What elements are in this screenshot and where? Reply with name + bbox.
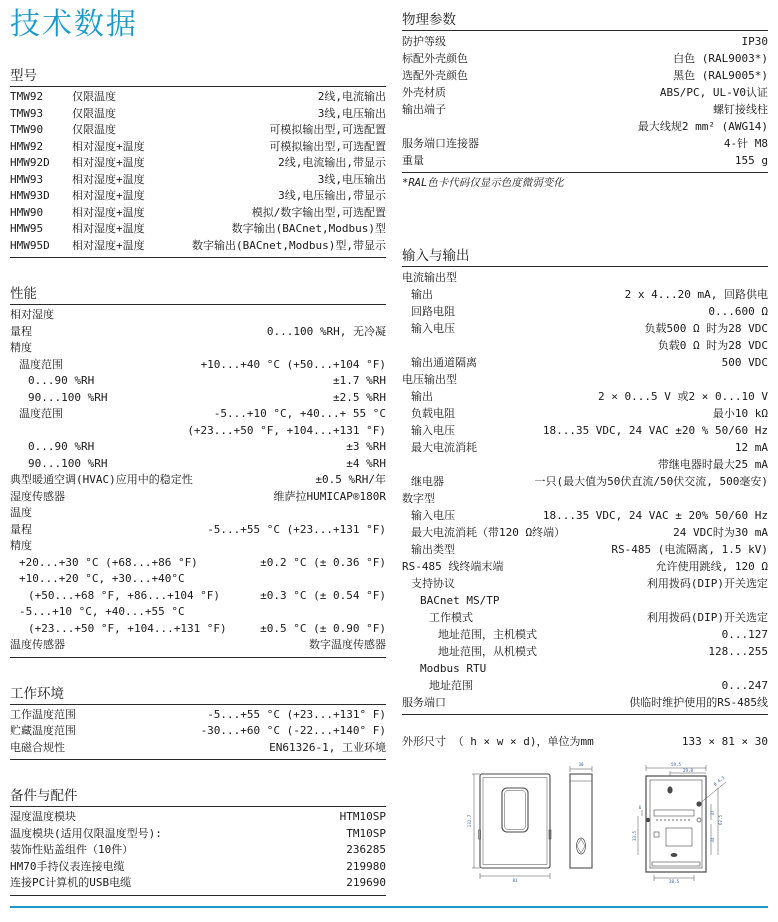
spec-row: 电流输出型	[402, 269, 768, 286]
model-description: 仅限温度	[72, 89, 190, 106]
spec-value: 4-针 M8	[479, 135, 768, 152]
spec-value: 黑色 (RAL9005*)	[468, 67, 768, 84]
spec-value: HTM10SP	[76, 809, 386, 826]
back-right-mid-dim: 37	[710, 810, 715, 816]
spec-label: 温度模块(适用仅限温度型号):	[10, 826, 162, 843]
spec-row: (+50...+68 °F, +86...+104 °F) ±0.3 °C (±…	[10, 588, 386, 605]
spec-row: 量程 -5...+55 °C (+23...+131 °F)	[10, 522, 386, 539]
spec-value: 500 VDC	[477, 354, 768, 371]
front-view-drawing	[479, 774, 552, 868]
spec-label: 地址范围，主机模式	[402, 626, 537, 643]
model-output-type: 模拟/数字输出型,可选配置	[190, 205, 386, 222]
spec-label: 湿度传感器	[10, 489, 65, 506]
spec-row: (+23...+50 °F, +104...+131 °F) ±0.5 °C (…	[10, 621, 386, 638]
spec-label: 负载电阻	[402, 405, 455, 422]
spec-label: 重量	[402, 152, 424, 169]
spec-value: 2 × 0...5 V 或2 × 0...10 V	[433, 388, 768, 405]
spec-value: ±3 %RH	[94, 439, 386, 456]
spec-row: 精度	[10, 340, 386, 357]
model-row: HMW90 相对湿度+温度 模拟/数字输出型,可选配置	[10, 205, 386, 222]
spec-label: 0...90 %RH	[10, 439, 94, 456]
spec-value: ±2.5 %RH	[107, 390, 386, 407]
performance-table: 相对湿度 量程 0...100 %RH, 无冷凝 精度	[10, 305, 386, 658]
spec-row: 继电器 一只(最大值为50伏直流/50伏交流, 500毫安)	[402, 473, 768, 490]
spec-value: 带继电器时最大25 mA	[402, 456, 768, 473]
back-right-outer-dim: 62.5	[718, 814, 723, 825]
spec-label: (+23...+50 °F, +104...+131 °F)	[10, 621, 227, 638]
datasheet-page: 技术数据 型号 TMW92 仅限温度 2线,电流输出 TMW93 仅限	[0, 0, 778, 922]
spec-value: 一只(最大值为50伏直流/50伏交流, 500毫安)	[444, 473, 768, 490]
spec-label: 温度传感器	[10, 637, 65, 654]
spec-value: 128...255	[537, 643, 768, 660]
model-description: 仅限温度	[72, 106, 190, 123]
spec-label: 典型暖通空调(HVAC)应用中的稳定性	[10, 472, 193, 489]
spec-row: 输出 2 × 0...5 V 或2 × 0...10 V	[402, 388, 768, 405]
spec-label: 温度范围	[10, 357, 63, 374]
spec-label: 贮藏温度范围	[10, 723, 76, 740]
model-description: 相对湿度+温度	[72, 155, 190, 172]
models-table: TMW92 仅限温度 2线,电流输出 TMW93 仅限温度 3线,电压输出 TM…	[10, 87, 386, 258]
spec-row: 输入电压 18...35 VDC, 24 VAC ± 20% 50/60 Hz	[402, 507, 768, 524]
spec-value: 18...35 VDC, 24 VAC ± 20% 50/60 Hz	[455, 507, 768, 524]
front-width-dim: 81	[512, 878, 518, 883]
spec-label: 输出类型	[402, 541, 455, 558]
section-environment: 工作环境 工作温度范围 -5...+55 °C (+23...+131° F) …	[10, 686, 386, 761]
spec-row: 输出类型 RS-485 (电流隔离, 1.5 kV)	[402, 541, 768, 558]
spec-label: +20...+30 °C (+68...+86 °F)	[10, 555, 198, 572]
back-top-dim: 59.5	[671, 762, 682, 767]
spec-label: 量程	[10, 324, 32, 341]
spec-value: 利用拨码(DIP)开关选定	[473, 609, 768, 626]
spec-row: +20...+30 °C (+68...+86 °F) ±0.2 °C (± 0…	[10, 555, 386, 572]
model-description: 相对湿度+温度	[72, 221, 190, 238]
front-height-dim: 132.7	[467, 814, 472, 827]
spec-row: 贮藏温度范围 -30...+60 °C (-22...+140° F)	[10, 723, 386, 740]
spec-label: -5...+10 °C, +40...+55 °C	[10, 604, 185, 621]
model-row: HMW92 相对湿度+温度 可模拟输出型,可选配置	[10, 139, 386, 156]
spec-value: -5...+10 °C, +40...+ 55 °C	[63, 406, 386, 423]
spec-value: 155 g	[424, 152, 768, 169]
spec-value: -30...+60 °C (-22...+140° F)	[76, 723, 386, 740]
back-top-inner-dim: 29.8	[683, 768, 694, 773]
spec-value: 18...35 VDC, 24 VAC ±20 % 50/60 Hz	[455, 422, 768, 439]
model-code: HMW95	[10, 221, 72, 238]
spec-label: 精度	[10, 538, 32, 555]
spec-value: ABS/PC, UL-V0认证	[446, 84, 768, 101]
spec-row: 工作模式 利用拨码(DIP)开关选定	[402, 609, 768, 626]
spec-label: 地址范围，从机模式	[402, 643, 537, 660]
spec-label: 电磁合规性	[10, 740, 65, 757]
spec-value	[435, 490, 768, 507]
back-left-dim: 33.5	[632, 830, 637, 841]
model-code: HMW93D	[10, 188, 72, 205]
back-hole-dim: Ø 4.3	[713, 775, 726, 787]
spec-value	[486, 660, 768, 677]
spec-label: 输出端子	[402, 101, 446, 118]
spec-row: 量程 0...100 %RH, 无冷凝	[10, 324, 386, 341]
back-view-drawing	[646, 776, 706, 872]
spec-row: 输入电压 负载500 Ω 时为28 VDC	[402, 320, 768, 337]
spec-value: 0...100 %RH, 无冷凝	[32, 324, 386, 341]
spec-value: ±0.5 %RH/年	[193, 472, 386, 489]
spec-value: TM10SP	[162, 826, 386, 843]
spec-row: 服务端口连接器 4-针 M8	[402, 135, 768, 152]
spec-value	[457, 269, 768, 286]
footer-accent-rule	[10, 906, 768, 908]
spec-label: 温度	[10, 505, 32, 522]
spec-row: 负载电阻 最小10 kΩ	[402, 405, 768, 422]
spec-row: (+23...+50 °F, +104...+131 °F)	[10, 423, 386, 440]
spec-row: HM70手持仪表连接电缆 219980	[10, 859, 386, 876]
spec-label: 服务端口连接器	[402, 135, 479, 152]
section-io-title: 输入与输出	[402, 248, 768, 267]
spec-value	[185, 571, 386, 588]
spec-value: ±4 %RH	[107, 456, 386, 473]
spec-row: 电压输出型	[402, 371, 768, 388]
model-row: TMW90 仅限温度 可模拟输出型,可选配置	[10, 122, 386, 139]
spec-label: 数字型	[402, 490, 435, 507]
back-bottom-dim: 38.5	[669, 879, 680, 884]
spec-label: +10...+20 °C, +30...+40°C	[10, 571, 185, 588]
spec-label: 90...100 %RH	[10, 390, 107, 407]
spec-row: 负载0 Ω 时为28 VDC	[402, 337, 768, 354]
spec-row: Modbus RTU	[402, 660, 768, 677]
spec-value: 2 x 4...20 mA, 回路供电	[433, 286, 768, 303]
spec-label: 防护等级	[402, 33, 446, 50]
spec-row: 服务端口 供临时维护使用的RS-485线	[402, 694, 768, 711]
model-code: HMW90	[10, 205, 72, 222]
spec-value: 利用拨码(DIP)开关选定	[455, 575, 768, 592]
page-title: 技术数据	[10, 6, 386, 44]
spec-row: 典型暖通空调(HVAC)应用中的稳定性 ±0.5 %RH/年	[10, 472, 386, 489]
spec-row: BACnet MS/TP	[402, 592, 768, 609]
model-output-type: 可模拟输出型,可选配置	[190, 122, 386, 139]
section-physical: 物理参数 防护等级 IP30 标配外壳颜色 白色 (RAL9003*)	[402, 12, 768, 192]
spec-value	[32, 538, 386, 555]
model-output-type: 可模拟输出型,可选配置	[190, 139, 386, 156]
spec-label: 输入电压	[402, 320, 455, 337]
model-output-type: 2线,电流输出,带显示	[190, 155, 386, 172]
spec-label: 装饰性贴盖组件（10件）	[10, 842, 133, 859]
spec-value: 维萨拉HUMICAP®180R	[65, 489, 386, 506]
two-column-layout: 技术数据 型号 TMW92 仅限温度 2线,电流输出 TMW93 仅限	[0, 0, 778, 922]
model-code: TMW90	[10, 122, 72, 139]
section-performance: 性能 相对湿度 量程 0...100 %RH, 无冷凝	[10, 286, 386, 658]
spec-label: 相对湿度	[10, 307, 54, 324]
physical-table: 防护等级 IP30 标配外壳颜色 白色 (RAL9003*) 选配外壳颜色 黑色…	[402, 31, 768, 173]
spec-label: 最大电流消耗	[402, 439, 477, 456]
spec-label: 地址范围	[402, 677, 473, 694]
model-code: TMW93	[10, 106, 72, 123]
model-output-type: 数字输出(BACnet,Modbus)型	[190, 221, 386, 238]
ral-footnote: *RAL色卡代码仅显示色度微弱变化	[402, 173, 768, 192]
spec-label: 继电器	[402, 473, 444, 490]
model-output-type: 2线,电流输出	[190, 89, 386, 106]
section-performance-title: 性能	[10, 286, 386, 305]
spec-row: 选配外壳颜色 黑色 (RAL9005*)	[402, 67, 768, 84]
spec-label: 工作模式	[402, 609, 473, 626]
spec-row: 湿度温度模块 HTM10SP	[10, 809, 386, 826]
spec-row: 最大线规2 mm² (AWG14)	[402, 118, 768, 135]
dimensions-value: 133 × 81 × 30	[682, 733, 768, 750]
spec-value: 236285	[133, 842, 386, 859]
spec-label: 0...90 %RH	[10, 373, 94, 390]
spec-label: 输出	[402, 388, 433, 405]
spec-label: 温度范围	[10, 406, 63, 423]
spec-value: EN61326-1, 工业环境	[65, 740, 386, 757]
model-code: TMW92	[10, 89, 72, 106]
spec-row: 地址范围，从机模式 128...255	[402, 643, 768, 660]
model-row: HMW93D 相对湿度+温度 3线,电压输出,带显示	[10, 188, 386, 205]
spec-value: 白色 (RAL9003*)	[468, 50, 768, 67]
spec-value: 12 mA	[477, 439, 768, 456]
model-description: 仅限温度	[72, 122, 190, 139]
spec-row: +10...+20 °C, +30...+40°C	[10, 571, 386, 588]
model-description: 相对湿度+温度	[72, 139, 190, 156]
section-spares-title: 备件与配件	[10, 788, 386, 807]
dimensions-label: 外形尺寸 （ h × w × d)，单位为mm	[402, 733, 594, 750]
spec-value: 负载500 Ω 时为28 VDC	[455, 320, 768, 337]
spec-value: 0...600 Ω	[455, 303, 768, 320]
model-output-type: 数字输出(BACnet,Modbus)型,带显示	[190, 238, 386, 255]
section-physical-title: 物理参数	[402, 12, 768, 31]
front-view-dimension-lines	[472, 774, 550, 879]
spec-label: Modbus RTU	[402, 660, 486, 677]
spec-row: RS-485 线终端末端 允许使用跳线, 120 Ω	[402, 558, 768, 575]
model-code: HMW92D	[10, 155, 72, 172]
spec-label: 输出通道隔离	[402, 354, 477, 371]
model-description: 相对湿度+温度	[72, 188, 190, 205]
spec-value	[499, 592, 768, 609]
spec-value: ±0.2 °C (± 0.36 °F)	[198, 555, 386, 572]
spares-table: 湿度温度模块 HTM10SP 温度模块(适用仅限温度型号): TM10SP 装饰…	[10, 807, 386, 896]
spec-label: 回路电阻	[402, 303, 455, 320]
spec-value: 最小10 kΩ	[455, 405, 768, 422]
spec-row: 湿度传感器 维萨拉HUMICAP®180R	[10, 489, 386, 506]
spec-row: 90...100 %RH ±2.5 %RH	[10, 390, 386, 407]
model-row: HMW95 相对湿度+温度 数字输出(BACnet,Modbus)型	[10, 221, 386, 238]
spec-label: 标配外壳颜色	[402, 50, 468, 67]
spec-row: 回路电阻 0...600 Ω	[402, 303, 768, 320]
spec-row: 精度	[10, 538, 386, 555]
outer-dimensions-row: 外形尺寸 （ h × w × d)，单位为mm 133 × 81 × 30	[402, 733, 768, 750]
model-row: TMW93 仅限温度 3线,电压输出	[10, 106, 386, 123]
spec-row: 输入电压 18...35 VDC, 24 VAC ±20 % 50/60 Hz	[402, 422, 768, 439]
spec-value: ±0.3 °C (± 0.54 °F)	[220, 588, 386, 605]
spec-value	[54, 307, 386, 324]
model-output-type: 3线,电压输出,带显示	[190, 188, 386, 205]
section-models: 型号 TMW92 仅限温度 2线,电流输出 TMW93 仅限温度 3线,电	[10, 68, 386, 258]
spec-label: HM70手持仪表连接电缆	[10, 859, 125, 876]
spec-row: 90...100 %RH ±4 %RH	[10, 456, 386, 473]
spec-value: IP30	[446, 33, 768, 50]
spec-row: 温度模块(适用仅限温度型号): TM10SP	[10, 826, 386, 843]
model-description: 相对湿度+温度	[72, 205, 190, 222]
model-code: HMW95D	[10, 238, 72, 255]
spec-label: 电压输出型	[402, 371, 457, 388]
section-models-title: 型号	[10, 68, 386, 87]
spec-label: 最大电流消耗（带120 Ω终端）	[402, 524, 565, 541]
spec-row: 标配外壳颜色 白色 (RAL9003*)	[402, 50, 768, 67]
spec-row: 地址范围，主机模式 0...127	[402, 626, 768, 643]
spec-row: 重量 155 g	[402, 152, 768, 169]
spec-label: 90...100 %RH	[10, 456, 107, 473]
spec-value: 0...247	[473, 677, 768, 694]
spec-value	[457, 371, 768, 388]
spec-value: 负载0 Ω 时为28 VDC	[402, 337, 768, 354]
spec-value: RS-485 (电流隔离, 1.5 kV)	[455, 541, 768, 558]
spec-value: 最大线规2 mm² (AWG14)	[402, 118, 768, 135]
spec-row: 数字型	[402, 490, 768, 507]
back-right-low-dim: 34	[710, 837, 715, 843]
model-code: HMW93	[10, 172, 72, 189]
spec-row: 连接PC计算机的USB电缆 219690	[10, 875, 386, 892]
spec-value	[32, 505, 386, 522]
spec-row: 防护等级 IP30	[402, 33, 768, 50]
spec-value: ±0.5 °C (± 0.90 °F)	[227, 621, 386, 638]
section-io: 输入与输出 电流输出型 输出 2 x 4...20 mA, 回路供电	[402, 248, 768, 715]
spec-label: RS-485 线终端末端	[402, 558, 503, 575]
spec-row: 最大电流消耗 12 mA	[402, 439, 768, 456]
spec-label: 支持协议	[402, 575, 455, 592]
spec-label: 选配外壳颜色	[402, 67, 468, 84]
spec-row: 地址范围 0...247	[402, 677, 768, 694]
left-column: 技术数据 型号 TMW92 仅限温度 2线,电流输出 TMW93 仅限	[10, 0, 386, 922]
spec-row: 0...90 %RH ±1.7 %RH	[10, 373, 386, 390]
model-code: HMW92	[10, 139, 72, 156]
spec-value: 数字温度传感器	[65, 637, 386, 654]
model-description: 相对湿度+温度	[72, 238, 190, 255]
spec-value	[185, 604, 386, 621]
spec-value: +10...+40 °C (+50...+104 °F)	[63, 357, 386, 374]
model-row: HMW92D 相对湿度+温度 2线,电流输出,带显示	[10, 155, 386, 172]
spec-label: 精度	[10, 340, 32, 357]
spec-value: ±1.7 %RH	[94, 373, 386, 390]
environment-table: 工作温度范围 -5...+55 °C (+23...+131° F) 贮藏温度范…	[10, 705, 386, 761]
spec-label: 连接PC计算机的USB电缆	[10, 875, 131, 892]
spec-row: 温度传感器 数字温度传感器	[10, 637, 386, 654]
model-output-type: 3线,电压输出	[190, 106, 386, 123]
spec-row: 相对湿度	[10, 307, 386, 324]
spec-row: 温度范围 -5...+10 °C, +40...+ 55 °C	[10, 406, 386, 423]
spec-label: 电流输出型	[402, 269, 457, 286]
spec-row: 0...90 %RH ±3 %RH	[10, 439, 386, 456]
io-table: 电流输出型 输出 2 x 4...20 mA, 回路供电 回路电阻 0...60…	[402, 267, 768, 715]
section-spares: 备件与配件 湿度温度模块 HTM10SP 温度模块(适用仅限温度型号): TM1…	[10, 788, 386, 896]
spec-row: 输出通道隔离 500 VDC	[402, 354, 768, 371]
spec-row: 最大电流消耗（带120 Ω终端） 24 VDC时为30 mA	[402, 524, 768, 541]
spec-row: 工作温度范围 -5...+55 °C (+23...+131° F)	[10, 707, 386, 724]
model-output-type: 3线,电压输出	[190, 172, 386, 189]
spec-label: (+50...+68 °F, +86...+104 °F)	[10, 588, 220, 605]
side-depth-dim: 30	[578, 762, 584, 767]
spec-value: -5...+55 °C (+23...+131 °F)	[32, 522, 386, 539]
back-left-small-dim: 6	[639, 805, 642, 810]
section-environment-title: 工作环境	[10, 686, 386, 705]
spec-label: 输入电压	[402, 422, 455, 439]
spec-value: 24 VDC时为30 mA	[565, 524, 768, 541]
spec-label: 输出	[402, 286, 433, 303]
spec-value: 螺钉接线柱	[446, 101, 768, 118]
spec-row: 带继电器时最大25 mA	[402, 456, 768, 473]
spec-value	[32, 340, 386, 357]
spec-row: 外壳材质 ABS/PC, UL-V0认证	[402, 84, 768, 101]
model-row: HMW93 相对湿度+温度 3线,电压输出	[10, 172, 386, 189]
spec-value: 允许使用跳线, 120 Ω	[503, 558, 768, 575]
spec-label: 工作温度范围	[10, 707, 76, 724]
spec-row: 装饰性贴盖组件（10件） 236285	[10, 842, 386, 859]
spec-value: 219690	[131, 875, 386, 892]
spec-row: 温度	[10, 505, 386, 522]
side-view-drawing	[570, 774, 592, 868]
spec-row: 温度范围 +10...+40 °C (+50...+104 °F)	[10, 357, 386, 374]
spec-row: 输出端子 螺钉接线柱	[402, 101, 768, 118]
back-view-holes	[646, 786, 702, 857]
model-row: TMW92 仅限温度 2线,电流输出	[10, 89, 386, 106]
spec-row: 支持协议 利用拨码(DIP)开关选定	[402, 575, 768, 592]
model-description: 相对湿度+温度	[72, 172, 190, 189]
spec-value: 0...127	[537, 626, 768, 643]
spec-row: 电磁合规性 EN61326-1, 工业环境	[10, 740, 386, 757]
spec-value: 219980	[125, 859, 387, 876]
spec-row: 输出 2 x 4...20 mA, 回路供电	[402, 286, 768, 303]
model-row: HMW95D 相对湿度+温度 数字输出(BACnet,Modbus)型,带显示	[10, 238, 386, 255]
spec-label: 服务端口	[402, 694, 446, 711]
right-column: 物理参数 防护等级 IP30 标配外壳颜色 白色 (RAL9003*)	[402, 0, 768, 922]
spec-value: 供临时维护使用的RS-485线	[446, 694, 768, 711]
spec-row: -5...+10 °C, +40...+55 °C	[10, 604, 386, 621]
spec-label: 外壳材质	[402, 84, 446, 101]
spec-label: BACnet MS/TP	[402, 592, 499, 609]
spec-label: 量程	[10, 522, 32, 539]
dimension-drawing: 132.7 81 30	[402, 760, 768, 884]
spec-value: -5...+55 °C (+23...+131° F)	[76, 707, 386, 724]
spec-value: (+23...+50 °F, +104...+131 °F)	[10, 423, 386, 440]
spec-label: 湿度温度模块	[10, 809, 76, 826]
spec-label: 输入电压	[402, 507, 455, 524]
